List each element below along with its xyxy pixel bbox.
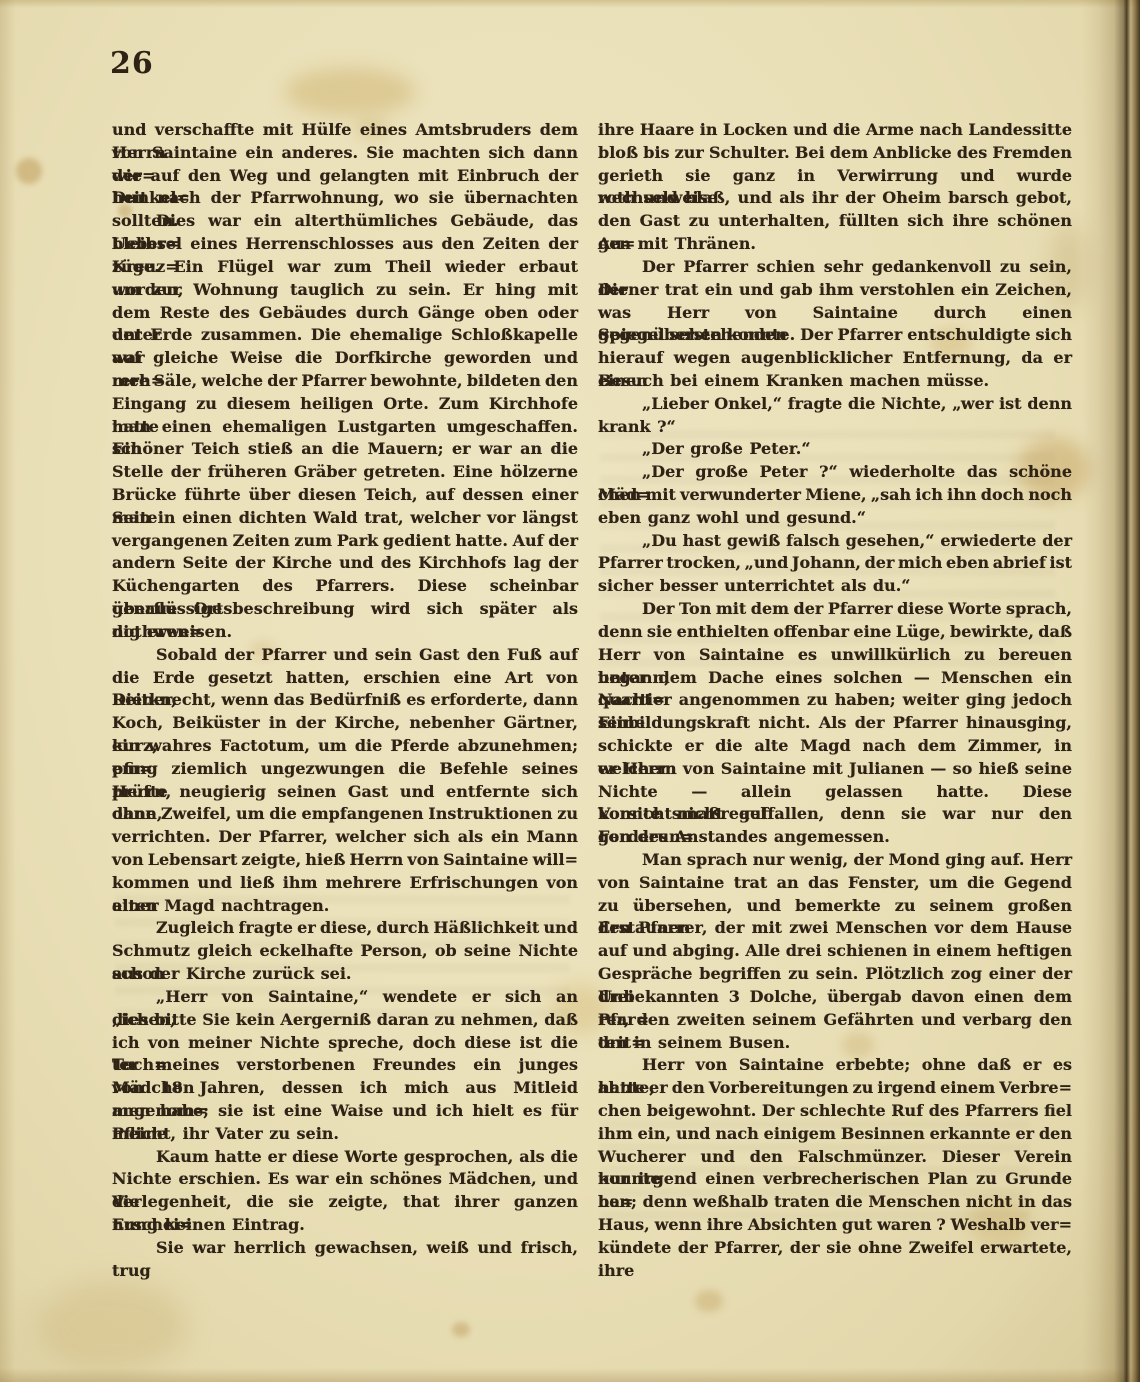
text-line: Gespräche begriffen zu sein. Plötzlich z… bbox=[598, 963, 1072, 986]
text-line: Herr von Saintaine erbebte; ohne daß er … bbox=[598, 1054, 1072, 1077]
text-line: konnte nicht auffallen, denn sie war nur… bbox=[598, 803, 1072, 826]
text-line: Sobald der Pfarrer und sein Gast den Fuß… bbox=[112, 644, 578, 667]
text-line: hatte er den Vorbereitungen zu irgend ei… bbox=[598, 1077, 1072, 1100]
text-line: und verschaffte mit Hülfe eines Amtsbrud… bbox=[112, 119, 578, 142]
text-line: Spiegel sehen konnte. Der Pfarrer entsch… bbox=[598, 324, 1072, 347]
text-line: prüfte neugierig seinen Gast und entfern… bbox=[112, 781, 578, 804]
text-line: zu übersehen, und bemerkte zu seinem gro… bbox=[598, 895, 1072, 918]
text-line: ohne Zweifel, um die empfangenen Instruk… bbox=[112, 803, 578, 826]
text-line: Verlegenheit, die sie zeigte, that ihrer… bbox=[112, 1191, 578, 1214]
text-line: Besuch bei einem Kranken machen müsse. bbox=[598, 370, 1072, 393]
text-line: Zugleich fragte er diese, durch Häßlichk… bbox=[112, 917, 578, 940]
text-line: „Lieber Onkel,“ fragte die Nichte, „wer … bbox=[598, 393, 1072, 416]
text-line: kommen und ließ ihm mehrere Erfrischunge… bbox=[112, 872, 578, 895]
text-line: er Herrn von Saintaine mit Julianen — so… bbox=[598, 758, 1072, 781]
text-line: aus der Kirche zurück sei. bbox=[112, 963, 578, 986]
text-line: man in einen dichten Wald trat, welcher … bbox=[112, 507, 578, 530]
text-line: verrichten. Der Pfarrer, welcher sich al… bbox=[112, 826, 578, 849]
text-line: krank ?“ bbox=[598, 416, 1072, 439]
text-line: schickte er die alte Magd nach dem Zimme… bbox=[598, 735, 1072, 758]
text-line: Einbildungskraft nicht. Als der Pfarrer … bbox=[598, 712, 1072, 735]
text-line: Stelle der früheren Gräber getreten. Ein… bbox=[112, 461, 578, 484]
text-line: chen mit verwunderter Miene, „sah ich ih… bbox=[598, 484, 1072, 507]
text-line: nur irgend einen verbrecherischen Plan z… bbox=[598, 1168, 1072, 1191]
text-line: alten Magd nachtragen. bbox=[112, 895, 578, 918]
text-line: Der Pfarrer schien sehr gedankenvoll zu … bbox=[598, 256, 1072, 279]
book-page: 26 und verschaffte mit Hülfe eines Amtsb… bbox=[0, 0, 1140, 1382]
text-line: was Herr von Saintaine durch einen gegen… bbox=[598, 302, 1072, 325]
text-line: ich von meiner Nichte spreche, doch dies… bbox=[112, 1032, 578, 1055]
text-line: der Erde zusammen. Die ehemalige Schloßk… bbox=[112, 324, 578, 347]
text-line: Nichte erschien. Es war ein schönes Mädc… bbox=[112, 1168, 578, 1191]
page-top-edge-shadow bbox=[0, 0, 1140, 8]
text-column-left: und verschaffte mit Hülfe eines Amtsbrud… bbox=[112, 119, 578, 1260]
text-line: gerieth sie ganz in Verwirrung und wurde… bbox=[598, 165, 1072, 188]
text-line: men habe; sie ist eine Waise und ich hie… bbox=[112, 1100, 578, 1123]
text-line: auf gleiche Weise die Dorfkirche geworde… bbox=[112, 347, 578, 370]
text-line: von Lebensart zeigte, hieß Herrn von Sai… bbox=[112, 849, 578, 872]
text-line: von Saintaine trat an das Fenster, um di… bbox=[598, 872, 1072, 895]
text-line: Küchengarten des Pfarrers. Diese scheinb… bbox=[112, 575, 578, 598]
text-line: Haus, wenn ihre Absichten gut waren ? We… bbox=[598, 1214, 1072, 1237]
text-line: dem Reste des Gebäudes durch Gänge oben … bbox=[112, 302, 578, 325]
text-line: heit nach der Pfarrwohnung, wo sie übern… bbox=[112, 187, 578, 210]
text-line: Koch, Beiküster in der Kirche, nebenher … bbox=[112, 712, 578, 735]
text-line: „Du hast gewiß falsch gesehen,“ erwieder… bbox=[598, 530, 1072, 553]
text-line: quartier angenommen zu haben; weiter gin… bbox=[598, 689, 1072, 712]
text-line: Man sprach nur wenig, der Mond ging auf.… bbox=[598, 849, 1072, 872]
text-line: „Herr von Saintaine,“ wendete er sich an… bbox=[112, 986, 578, 1009]
text-line: gen mit Thränen. bbox=[598, 233, 1072, 256]
text-line: hierauf wegen augenblicklicher Entfernun… bbox=[598, 347, 1072, 370]
text-line: um zur Wohnung tauglich zu sein. Er hing… bbox=[112, 279, 578, 302]
text-line: Sie war herrlich gewachsen, weiß und fri… bbox=[112, 1237, 578, 1260]
text-line: der auf den Weg und gelangten mit Einbru… bbox=[112, 165, 578, 188]
text-line: Eingang zu diesem heiligen Orte. Zum Kir… bbox=[112, 393, 578, 416]
text-line: kündete der Pfarrer, der sie ohne Zweife… bbox=[598, 1237, 1072, 1260]
text-line: Diener trat ein und gab ihm verstohlen e… bbox=[598, 279, 1072, 302]
text-line: ter meines verstorbenen Freundes ein jun… bbox=[112, 1054, 578, 1077]
text-line: rer, den zweiten seinem Gefährten und ve… bbox=[598, 1009, 1072, 1032]
text-line: Der Ton mit dem der Pfarrer diese Worte … bbox=[598, 598, 1072, 621]
text-line: „Der große Peter ?“ wiederholte das schö… bbox=[598, 461, 1072, 484]
text-line: ein wahres Factotum, um die Pferde abzun… bbox=[112, 735, 578, 758]
text-line: Reitknecht, wenn das Bedürfniß es erford… bbox=[112, 689, 578, 712]
text-line: gen des Anstandes angemessen. bbox=[598, 826, 1072, 849]
text-line: pfing ziemlich ungezwungen die Befehle s… bbox=[112, 758, 578, 781]
paper-stain bbox=[695, 1290, 723, 1312]
page-bottom-edge-shadow bbox=[0, 1368, 1140, 1382]
text-line: Schmutz gleich eckelhafte Person, ob sei… bbox=[112, 940, 578, 963]
paper-stain bbox=[452, 1322, 470, 1337]
text-line: den Gast zu unterhalten, füllten sich ih… bbox=[598, 210, 1072, 233]
text-line: sicher besser unterrichtet als du.“ bbox=[598, 575, 1072, 598]
text-line: roth und blaß, und als ihr der Oheim bar… bbox=[598, 187, 1072, 210]
text-line: rere Säle, welche der Pfarrer bewohnte, … bbox=[112, 370, 578, 393]
text-line: man einen ehemaligen Lustgarten umgescha… bbox=[112, 416, 578, 439]
text-line: dig erweisen. bbox=[112, 621, 578, 644]
text-line: andern Seite der Kirche und des Kirchhof… bbox=[112, 552, 578, 575]
text-line: Herr von Saintaine es unwillkürlich zu b… bbox=[598, 644, 1072, 667]
text-line: von Saintaine ein anderes. Sie machten s… bbox=[112, 142, 578, 165]
text-line: Wucherer und den Falschmünzer. Dieser Ve… bbox=[598, 1146, 1072, 1169]
text-line: Unbekannten 3 Dolche, übergab davon eine… bbox=[598, 986, 1072, 1009]
text-line: ihm ein, und nach einigem Besinnen erkan… bbox=[598, 1123, 1072, 1146]
text-line: nung keinen Eintrag. bbox=[112, 1214, 578, 1237]
text-line: genaue Ortsbeschreibung wird sich später… bbox=[112, 598, 578, 621]
text-line: chen beigewohnt. Der schlechte Ruf des P… bbox=[598, 1100, 1072, 1123]
paper-stain bbox=[285, 68, 415, 116]
paper-stain bbox=[38, 1280, 188, 1372]
text-line: Pflicht, ihr Vater zu sein. bbox=[112, 1123, 578, 1146]
text-line: Kaum hatte er diese Worte gesprochen, al… bbox=[112, 1146, 578, 1169]
text-line: denn sie enthielten offenbar eine Lüge, … bbox=[598, 621, 1072, 644]
text-line: bleibsel eines Herrenschlosses aus den Z… bbox=[112, 233, 578, 256]
text-line: „Der große Peter.“ bbox=[598, 438, 1072, 461]
text-line: züge. Ein Flügel war zum Theil wieder er… bbox=[112, 256, 578, 279]
page-number: 26 bbox=[110, 46, 154, 81]
text-line: auf und abging. Alle drei schienen in ei… bbox=[598, 940, 1072, 963]
text-line: Dies war ein alterthümliches Gebäude, da… bbox=[112, 210, 578, 233]
text-line: ben; denn weßhalb traten die Menschen ni… bbox=[598, 1191, 1072, 1214]
text-line: ihre Haare in Locken und die Arme nach L… bbox=[598, 119, 1072, 142]
text-line: eben ganz wohl und gesund.“ bbox=[598, 507, 1072, 530]
text-line: „ich bitte Sie kein Aergerniß daran zu n… bbox=[112, 1009, 578, 1032]
paper-stain bbox=[16, 158, 42, 184]
text-line: schöner Teich stieß an die Mauern; er wa… bbox=[112, 438, 578, 461]
text-line: den Pfarrer, der mit zwei Menschen vor d… bbox=[598, 917, 1072, 940]
book-spine-edge-shadow bbox=[1082, 0, 1140, 1382]
text-line: Pfarrer trocken, „und Johann, der mich e… bbox=[598, 552, 1072, 575]
page-left-edge-shadow bbox=[0, 0, 16, 1382]
text-line: Nichte — allein gelassen hatte. Diese Vo… bbox=[598, 781, 1072, 804]
text-line: ten in seinem Busen. bbox=[598, 1032, 1072, 1055]
text-line: vergangenen Zeiten zum Park gedient hatt… bbox=[112, 530, 578, 553]
text-line: bloß bis zur Schulter. Bei dem Anblicke … bbox=[598, 142, 1072, 165]
text-line: unter dem Dache eines solchen — Menschen… bbox=[598, 667, 1072, 690]
text-column-right: ihre Haare in Locken und die Arme nach L… bbox=[598, 119, 1072, 1260]
text-line: die Erde gesetzt hatten, erschien eine A… bbox=[112, 667, 578, 690]
text-line: Brücke führte über diesen Teich, auf des… bbox=[112, 484, 578, 507]
text-line: von 18 Jahren, dessen ich mich aus Mitle… bbox=[112, 1077, 578, 1100]
